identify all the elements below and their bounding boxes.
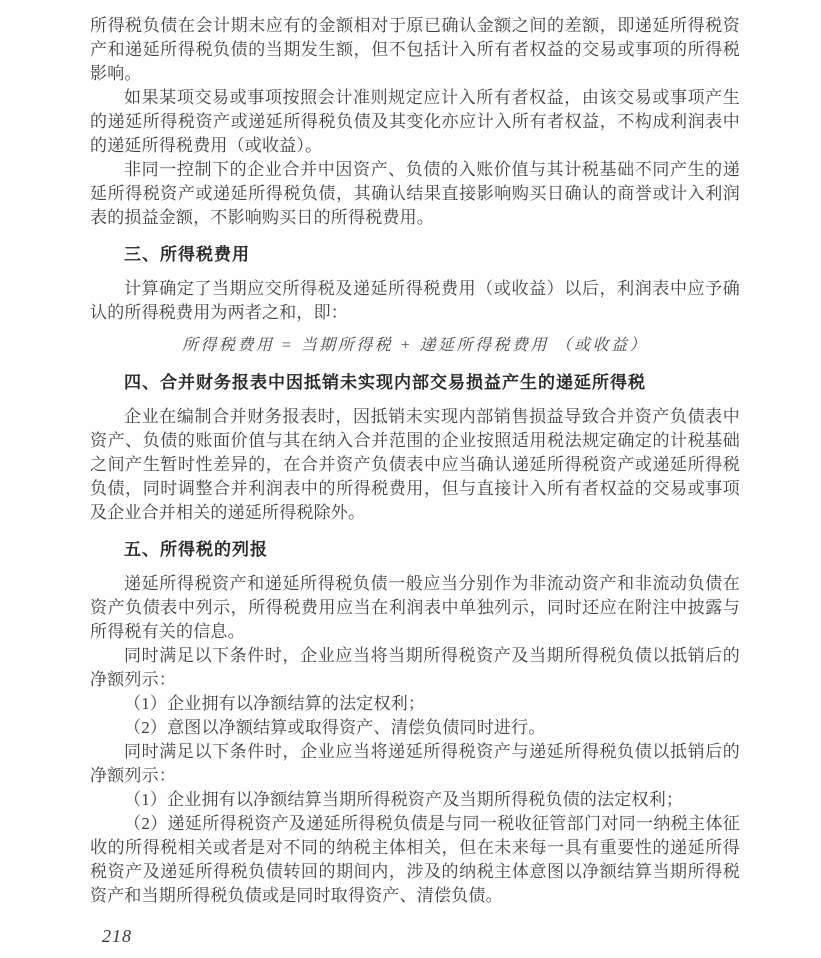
paragraph-presentation: 递延所得税资产和递延所得税负债一般应当分别作为非流动资产和非流动负债在资产负债表… xyxy=(90,572,740,644)
section-heading-presentation: 五、所得税的列报 xyxy=(90,538,740,562)
list-item-deferred-offset-2: （2）递延所得税资产及递延所得税负债是与同一税收征管部门对同一纳税主体征收的所得… xyxy=(90,812,740,908)
income-tax-expense-formula: 所得税费用 = 当期所得税 + 递延所得税费用 （或收益） xyxy=(90,334,740,358)
paragraph-deferred-tax-continuation: 所得税负债在会计期末应有的金额相对于原已确认金额之间的差额，即递延所得税资产和递… xyxy=(90,14,740,86)
paragraph-expense-calculation: 计算确定了当期应交所得税及递延所得税费用（或收益）以后，利润表中应予确认的所得税… xyxy=(90,277,740,325)
page-number: 218 xyxy=(102,926,132,947)
paragraph-deferred-offset-intro: 同时满足以下条件时，企业应当将递延所得税资产与递延所得税负债以抵销后的净额列示： xyxy=(90,740,740,788)
paragraph-consolidated-statements: 企业在编制合并财务报表时，因抵销未实现内部销售损益导致合并资产负债表中资产、负债… xyxy=(90,405,740,525)
paragraph-business-combination: 非同一控制下的企业合并中因资产、负债的入账价值与其计税基础不同产生的递延所得税资… xyxy=(90,158,740,230)
list-item-current-offset-2: （2）意图以净额结算或取得资产、清偿负债同时进行。 xyxy=(90,716,740,740)
section-heading-income-tax-expense: 三、所得税费用 xyxy=(90,243,740,267)
section-heading-consolidated-statements: 四、合并财务报表中因抵销未实现内部交易损益产生的递延所得税 xyxy=(90,371,740,395)
list-item-current-offset-1: （1）企业拥有以净额结算的法定权利； xyxy=(90,692,740,716)
paragraph-owner-equity: 如果某项交易或事项按照会计准则规定应计入所有者权益，由该交易或事项产生的递延所得… xyxy=(90,86,740,158)
list-item-deferred-offset-1: （1）企业拥有以净额结算当期所得税资产及当期所得税负债的法定权利； xyxy=(90,788,740,812)
paragraph-current-offset-intro: 同时满足以下条件时，企业应当将当期所得税资产及当期所得税负债以抵销后的净额列示： xyxy=(90,644,740,692)
text-column: 所得税负债在会计期末应有的金额相对于原已确认金额之间的差额，即递延所得税资产和递… xyxy=(90,14,740,908)
document-page: 所得税负债在会计期末应有的金额相对于原已确认金额之间的差额，即递延所得税资产和递… xyxy=(0,0,821,958)
